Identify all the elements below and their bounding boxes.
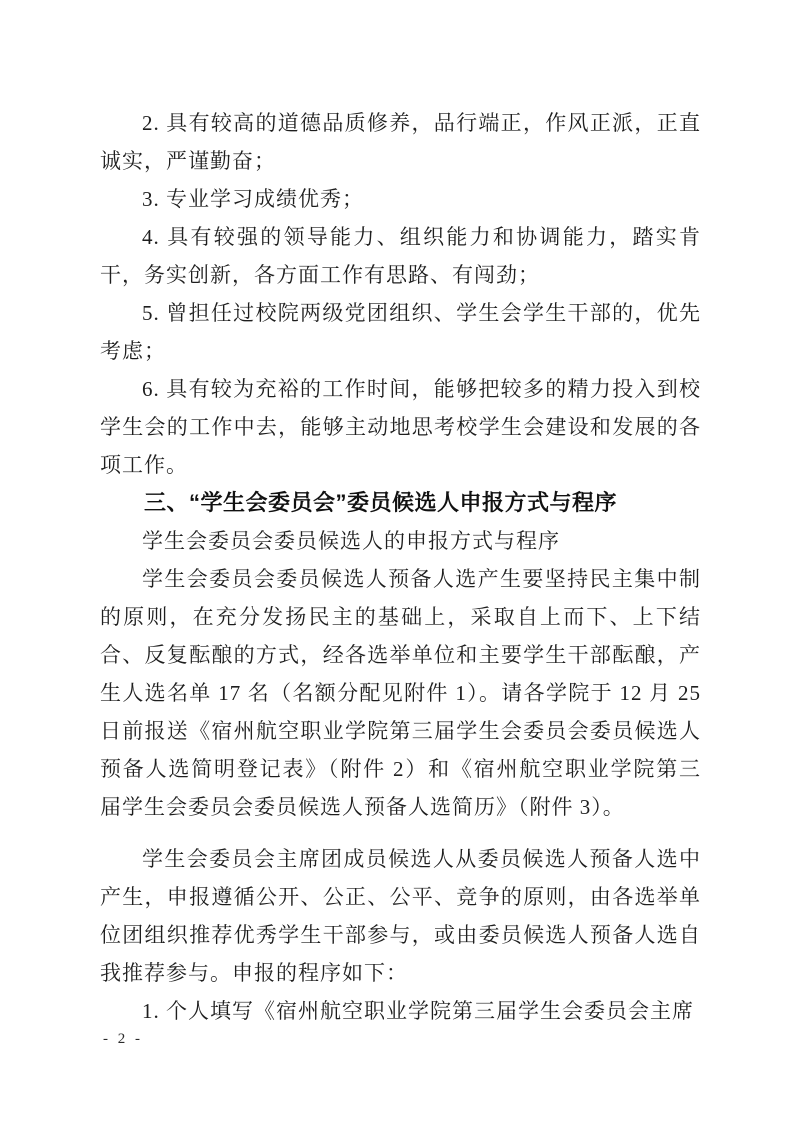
paragraph-criteria-2: 2. 具有较高的道德品质修养，品行端正，作风正派，正直诚实，严谨勤奋；: [100, 104, 701, 180]
document-page: 2. 具有较高的道德品质修养，品行端正，作风正派，正直诚实，严谨勤奋； 3. 专…: [0, 0, 793, 1122]
paragraph-criteria-6: 6. 具有较为充裕的工作时间，能够把较多的精力投入到校学生会的工作中去，能够主动…: [100, 370, 701, 484]
paragraph-procedure-intro: 学生会委员会委员候选人预备人选产生要坚持民主集中制的原则，在充分发扬民主的基础上…: [100, 560, 701, 826]
document-body: 2. 具有较高的道德品质修养，品行端正，作风正派，正直诚实，严谨勤奋； 3. 专…: [100, 104, 701, 1030]
section-subheading: 学生会委员会委员候选人的申报方式与程序: [100, 522, 701, 560]
paragraph-step-1: 1. 个人填写《宿州航空职业学院第三届学生会委员会主席: [100, 992, 701, 1030]
paragraph-criteria-3: 3. 专业学习成绩优秀；: [100, 180, 701, 218]
page-number: - 2 -: [103, 1031, 143, 1048]
paragraph-criteria-4: 4. 具有较强的领导能力、组织能力和协调能力，踏实肯干，务实创新，各方面工作有思…: [100, 218, 701, 294]
paragraph-chairman-candidates: 学生会委员会主席团成员候选人从委员候选人预备人选中产生，申报遵循公开、公正、公平…: [100, 840, 701, 992]
paragraph-criteria-5: 5. 曾担任过校院两级党团组织、学生会学生干部的，优先考虑；: [100, 294, 701, 370]
section-heading-three: 三、“学生会委员会”委员候选人申报方式与程序: [100, 484, 701, 522]
